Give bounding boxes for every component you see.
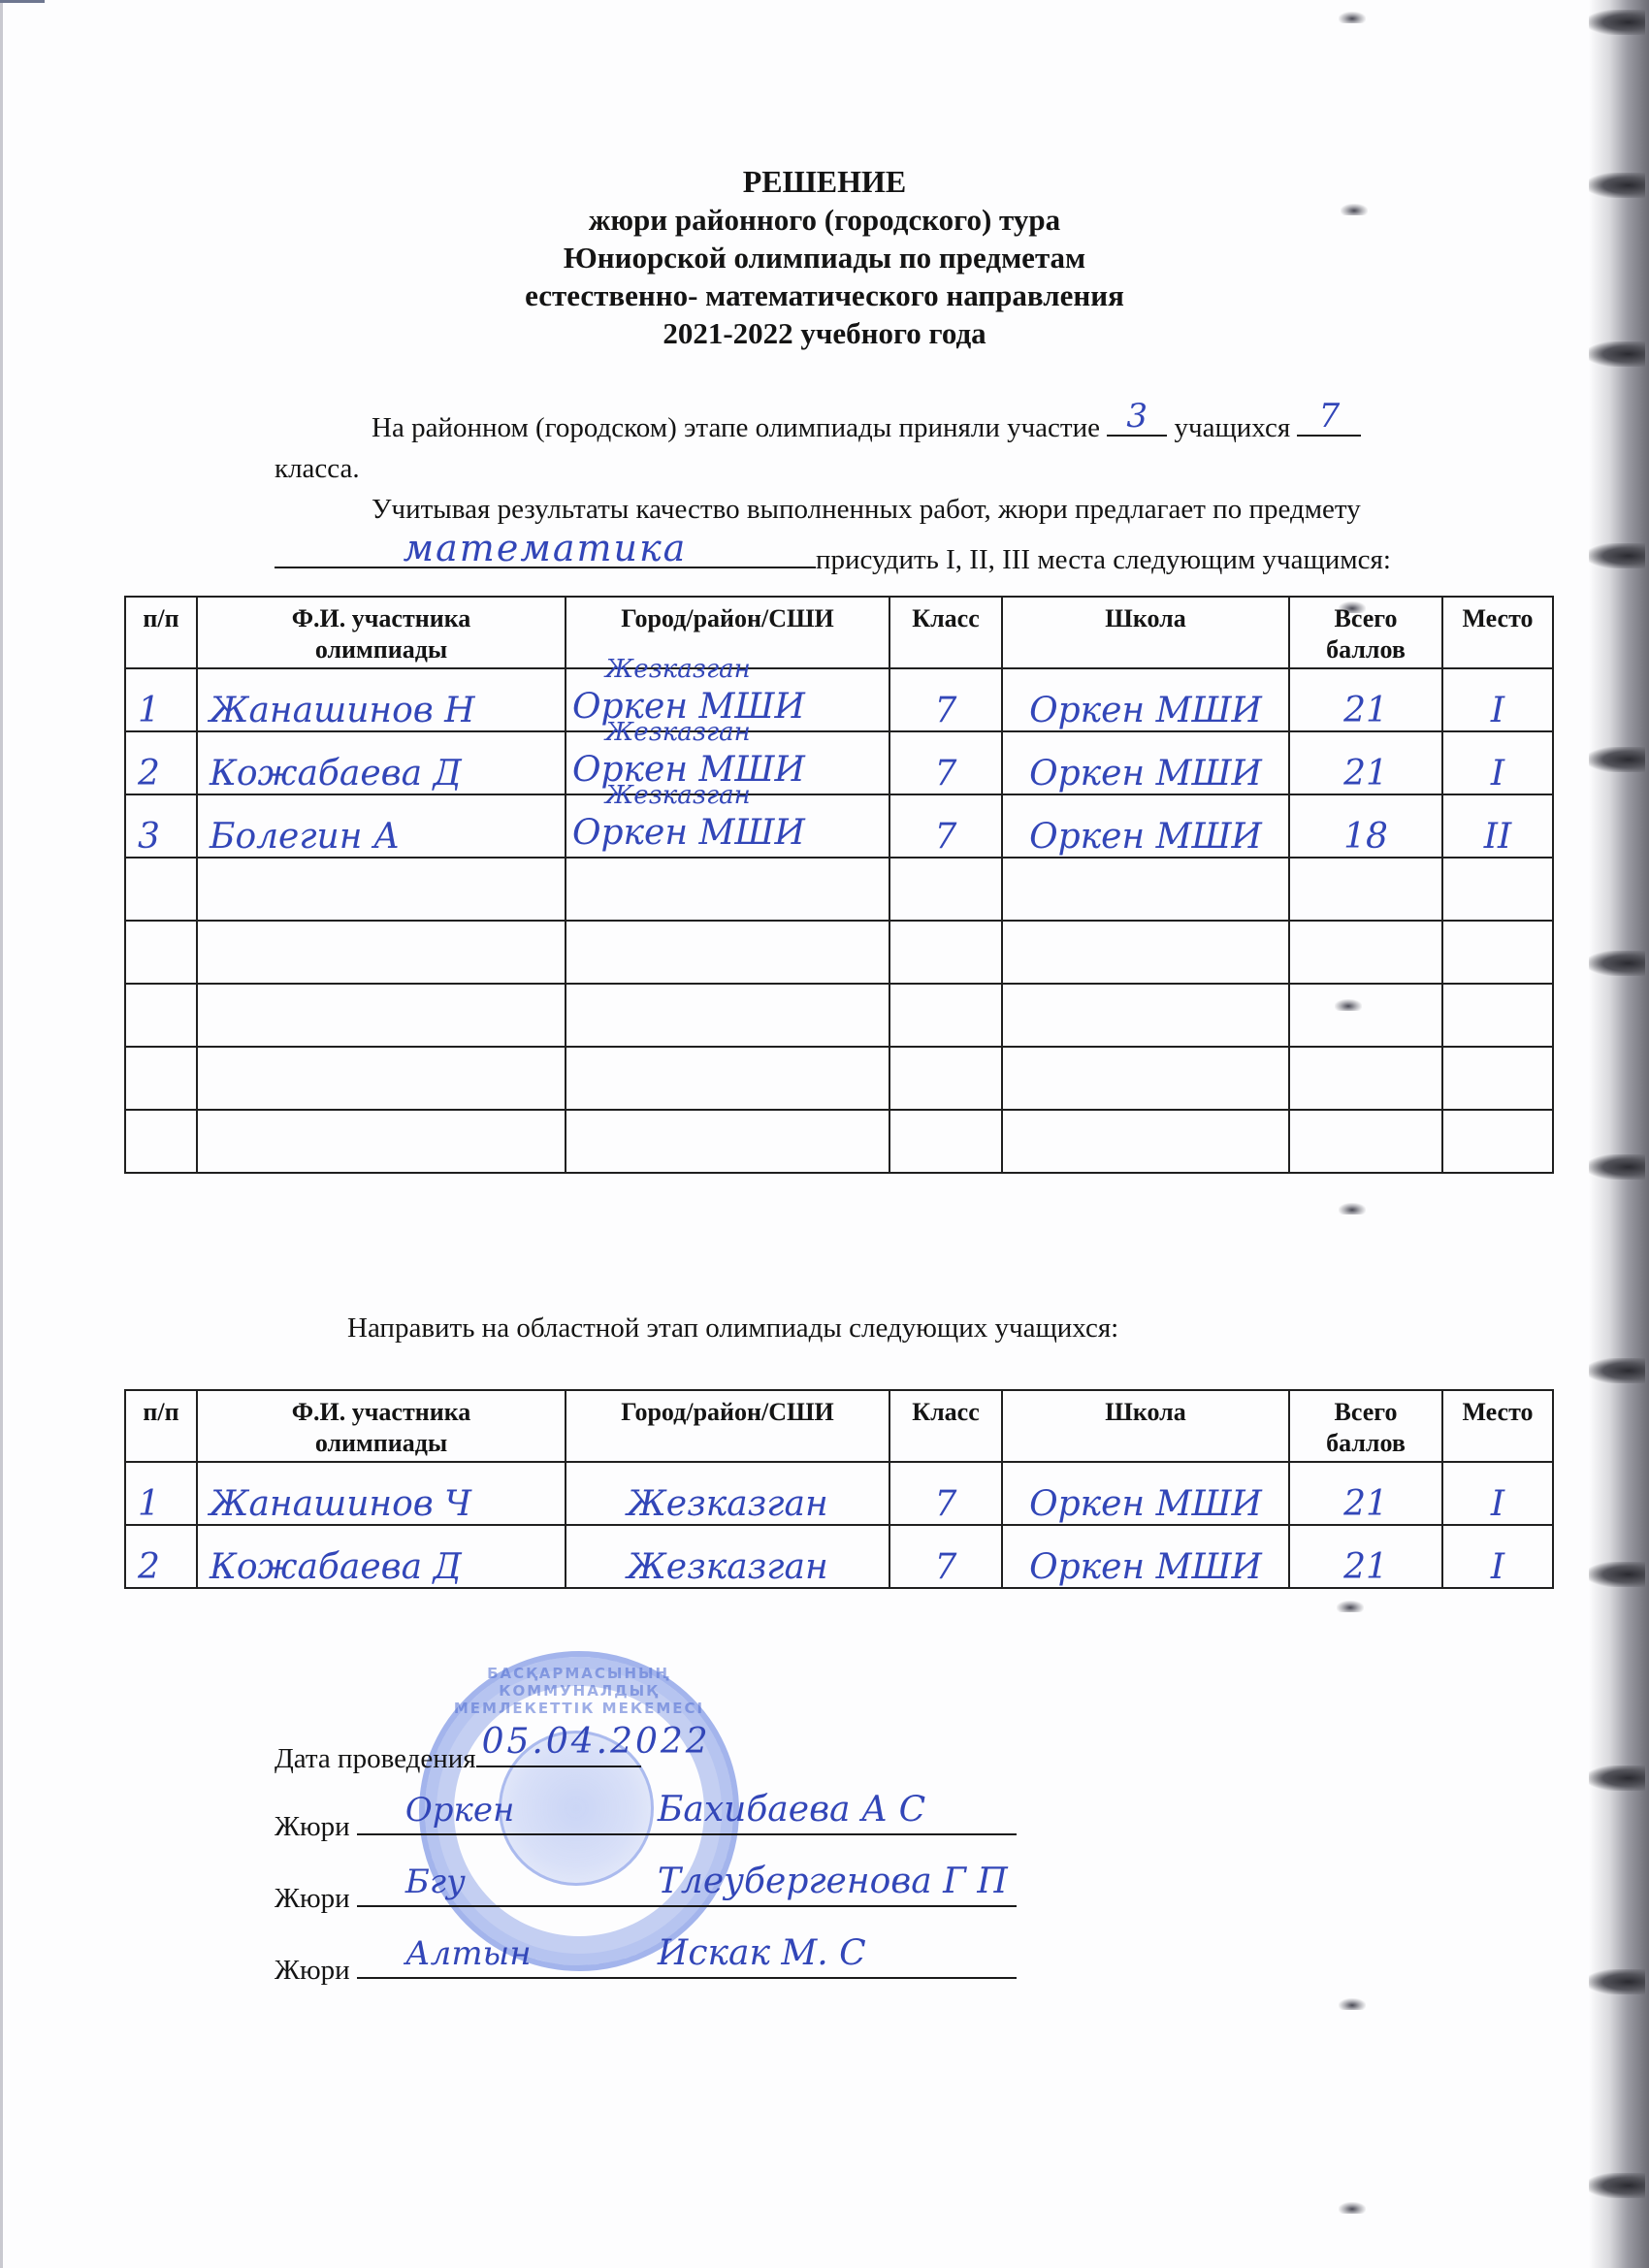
title-line: РЕШЕНИЕ <box>0 163 1649 201</box>
jury-signature-field: Оркен Бахибаева А С <box>357 1804 1017 1835</box>
scan-speck <box>1339 1998 1366 2010</box>
title-line: Юниорской олимпиады по предметам <box>0 239 1649 276</box>
participant-name: Жанашинов Н <box>198 692 565 730</box>
winners-table: п/п Ф.И. участника олимпиады Город/район… <box>124 596 1554 1174</box>
score-value: 21 <box>1290 1548 1441 1587</box>
grade-value: 7 <box>890 1485 1001 1524</box>
jury-line: Жюри Оркен Бахибаева А С <box>275 1804 1017 1843</box>
header-num: п/п <box>125 597 197 668</box>
table-row: 1 Жанашинов Ч Жезказган 7 Оркен МШИ 21 I <box>125 1462 1553 1525</box>
place-value: I <box>1443 1548 1552 1587</box>
jury-signature-field: Бгу Тлеубергенова Г П <box>357 1876 1017 1907</box>
date-label: Дата проведения <box>275 1743 476 1774</box>
stamp-text: БАСҚАРМАСЫНЫҢ КОММУНАЛДЫҚ МЕМЛЕКЕТТІК МЕ… <box>425 1665 733 1717</box>
scan-speck <box>1339 12 1366 23</box>
header-school: Школа <box>1002 1390 1289 1462</box>
grade-value: 7 <box>890 755 1001 794</box>
row-num: 2 <box>126 755 196 794</box>
header-name: Ф.И. участника олимпиады <box>197 597 566 668</box>
scan-speck <box>1339 2202 1366 2214</box>
school-value: Оркен МШИ <box>1003 1485 1288 1524</box>
grade-value: 7 <box>1297 400 1361 433</box>
table-header-row: п/п Ф.И. участника олимпиады Город/район… <box>125 597 1553 668</box>
score-value: 21 <box>1290 692 1441 730</box>
intro-line-2: класса. <box>275 452 360 485</box>
school-value: Оркен МШИ <box>1003 692 1288 730</box>
jury-label: Жюри <box>275 1883 350 1914</box>
scan-speck <box>1337 1601 1364 1612</box>
subject-value: математика <box>275 532 816 565</box>
header-city: Город/район/СШИ <box>566 1390 889 1462</box>
proposal-text: присудить I, II, III места следующим уча… <box>816 544 1391 575</box>
header-place: Место <box>1442 597 1553 668</box>
participant-name: Жанашинов Ч <box>198 1485 565 1524</box>
jury-line: Жюри Алтын Искак М. С <box>275 1948 1017 1987</box>
scan-corner-mark <box>0 0 45 3</box>
jury-signature: Алтын <box>405 1934 532 1973</box>
title-line: естественно- математического направления <box>0 276 1649 314</box>
intro-text: На районном (городском) этапе олимпиады … <box>372 412 1100 443</box>
row-num: 1 <box>126 692 196 730</box>
title-line: 2021-2022 учебного года <box>0 314 1649 352</box>
empty-row <box>125 1047 1553 1110</box>
jury-signature-field: Алтын Искак М. С <box>357 1948 1017 1979</box>
header-place: Место <box>1442 1390 1553 1462</box>
grade-value: 7 <box>890 818 1001 857</box>
subject-field: математика <box>275 537 816 568</box>
table-row: 3 Болегин А ЖезказганОркен МШИ 7 Оркен М… <box>125 794 1553 858</box>
place-value: I <box>1443 692 1552 730</box>
grade-value: 7 <box>890 692 1001 730</box>
participant-name: Кожабаева Д <box>198 755 565 794</box>
place-value: II <box>1443 818 1552 857</box>
jury-signature: Оркен <box>405 1791 514 1830</box>
date-line: Дата проведения05.04.2022 <box>275 1736 641 1775</box>
city-note: Жезказган <box>605 656 751 683</box>
score-value: 21 <box>1290 1485 1441 1524</box>
row-num: 2 <box>126 1548 196 1587</box>
score-value: 21 <box>1290 755 1441 794</box>
empty-row <box>125 858 1553 921</box>
regional-table: п/п Ф.И. участника олимпиады Город/район… <box>124 1389 1554 1589</box>
grade-value: 7 <box>890 1548 1001 1587</box>
scan-speck <box>1339 1203 1366 1215</box>
table-row: 1 Жанашинов Н ЖезказганОркен МШИ 7 Оркен… <box>125 668 1553 731</box>
jury-label: Жюри <box>275 1811 350 1842</box>
empty-row <box>125 1110 1553 1173</box>
header-score: Всего баллов <box>1289 1390 1442 1462</box>
school-value: Оркен МШИ <box>1003 1548 1288 1587</box>
date-value: 05.04.2022 <box>482 1723 711 1762</box>
participant-name: Болегин А <box>198 818 565 857</box>
place-value: I <box>1443 1485 1552 1524</box>
empty-row <box>125 921 1553 984</box>
city-value: Жезказган <box>566 1548 889 1587</box>
participants-count: 3 <box>1107 400 1167 433</box>
header-name: Ф.И. участника олимпиады <box>197 1390 566 1462</box>
city-value: Оркен МШИ <box>572 814 805 853</box>
jury-signature: Бгу <box>405 1863 466 1901</box>
intro-line: На районном (городском) этапе олимпиады … <box>372 405 1361 444</box>
jury-line: Жюри Бгу Тлеубергенова Г П <box>275 1876 1017 1915</box>
city-note: Жезказган <box>605 719 751 746</box>
intro-text: учащихся <box>1174 412 1290 443</box>
regional-intro: Направить на областной этап олимпиады сл… <box>347 1312 1118 1345</box>
city-value: Жезказган <box>566 1485 889 1524</box>
row-num: 3 <box>126 818 196 857</box>
empty-row <box>125 984 1553 1047</box>
header-score: Всего баллов <box>1289 597 1442 668</box>
document-title: РЕШЕНИЕ жюри районного (городского) тура… <box>0 163 1649 352</box>
header-grade: Класс <box>889 1390 1002 1462</box>
title-line: жюри районного (городского) тура <box>0 201 1649 239</box>
header-grade: Класс <box>889 597 1002 668</box>
participants-count-field: 3 <box>1107 405 1167 437</box>
table-header-row: п/п Ф.И. участника олимпиады Город/район… <box>125 1390 1553 1462</box>
jury-name: Бахибаева А С <box>658 1791 925 1830</box>
city-note: Жезказган <box>605 782 751 809</box>
jury-label: Жюри <box>275 1955 350 1986</box>
header-school: Школа <box>1002 597 1289 668</box>
date-field: 05.04.2022 <box>476 1736 641 1767</box>
proposal-line: Учитывая результаты качество выполненных… <box>372 493 1361 526</box>
school-value: Оркен МШИ <box>1003 755 1288 794</box>
proposal-line-2: математикаприсудить I, II, III места сле… <box>275 537 1391 576</box>
grade-field: 7 <box>1297 405 1361 437</box>
table-row: 2 Кожабаева Д Жезказган 7 Оркен МШИ 21 I <box>125 1525 1553 1588</box>
school-value: Оркен МШИ <box>1003 818 1288 857</box>
jury-name: Тлеубергенова Г П <box>658 1863 1008 1901</box>
participant-name: Кожабаева Д <box>198 1548 565 1587</box>
place-value: I <box>1443 755 1552 794</box>
jury-name: Искак М. С <box>658 1934 866 1973</box>
header-num: п/п <box>125 1390 197 1462</box>
table-row: 2 Кожабаева Д ЖезказганОркен МШИ 7 Оркен… <box>125 731 1553 794</box>
row-num: 1 <box>126 1485 196 1524</box>
score-value: 18 <box>1290 818 1441 857</box>
